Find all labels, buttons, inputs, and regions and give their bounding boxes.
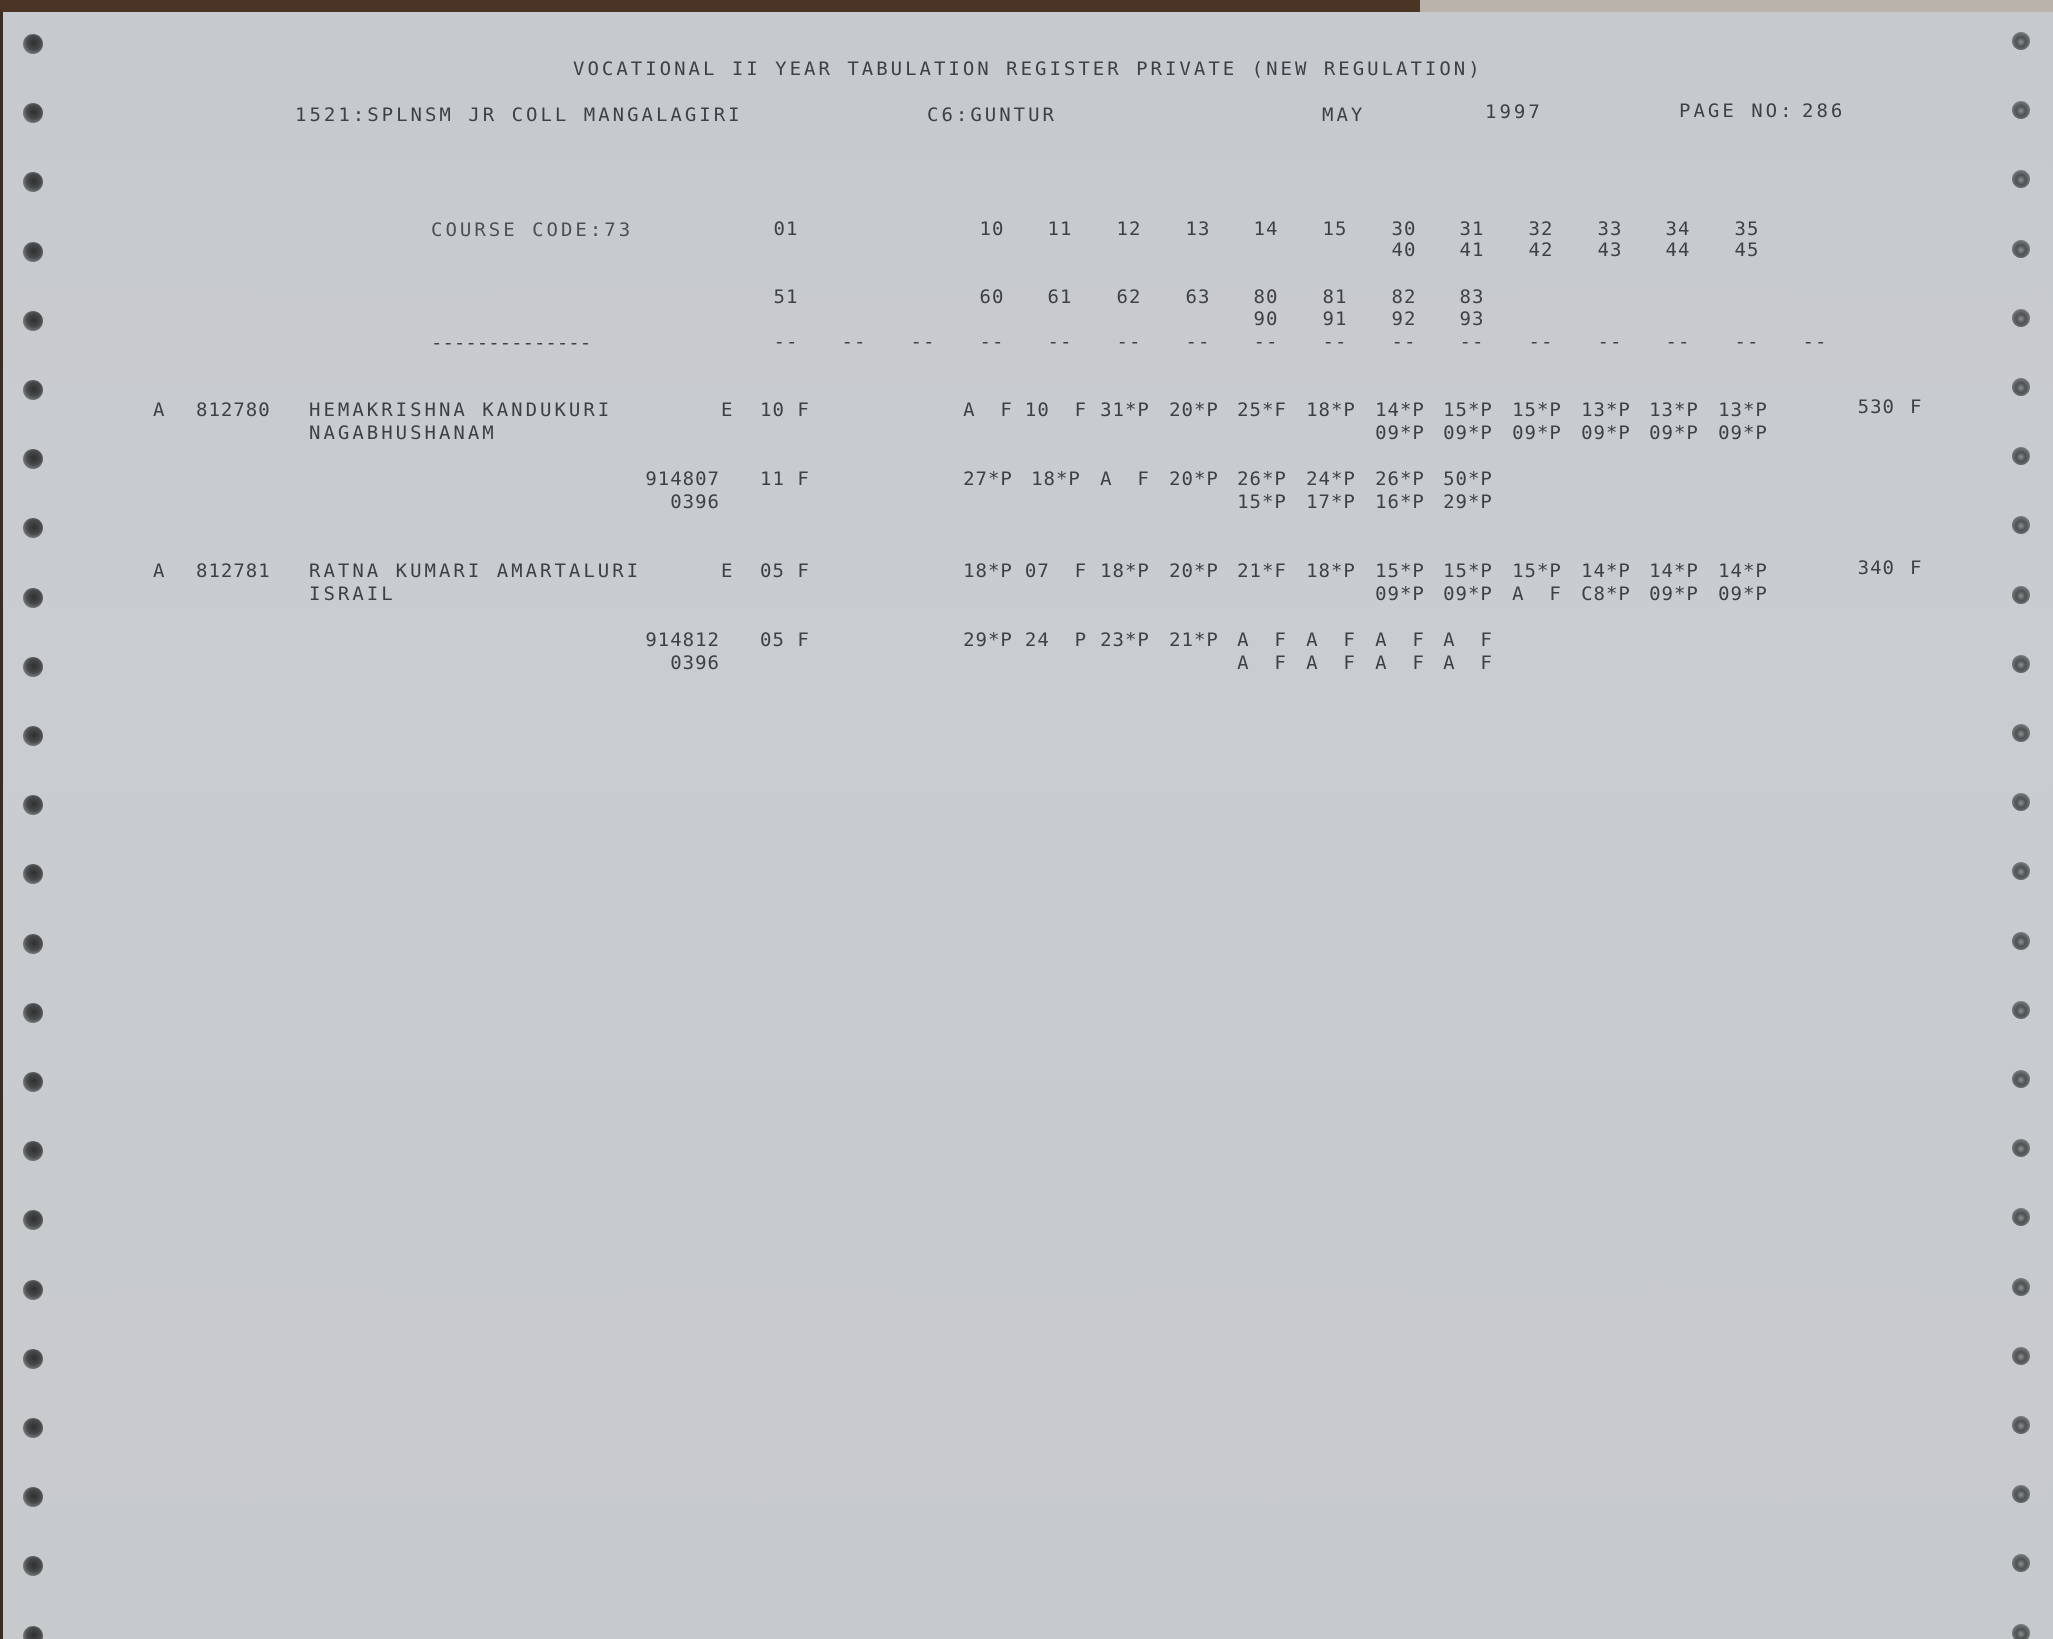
subject-code: 30 — [1369, 218, 1439, 240]
result-code: F — [1910, 396, 1922, 418]
subject-code: 34 — [1643, 218, 1713, 240]
subject-code: 14 — [1231, 218, 1301, 240]
mark-cell: A F — [1291, 629, 1371, 651]
mark-cell: A F — [1428, 652, 1508, 674]
column-separator: -- — [1712, 331, 1782, 353]
mark-cell: 15*P — [1222, 491, 1302, 513]
subject-code: 82 — [1369, 286, 1439, 308]
mark-cell: 10 F — [1016, 399, 1096, 421]
feed-hole-icon — [23, 34, 43, 54]
feed-hole-icon — [23, 1280, 43, 1300]
column-separator: -- — [819, 331, 889, 353]
feed-hole-icon — [2012, 1070, 2030, 1088]
total-marks: 340 — [1695, 557, 1895, 579]
register-title: VOCATIONAL II YEAR TABULATION REGISTER P… — [573, 58, 1483, 80]
hall-ticket-number: 812780 — [196, 399, 271, 421]
feed-hole-icon — [23, 657, 43, 677]
mark-cell: 23*P — [1085, 629, 1165, 651]
feed-hole-icon — [2012, 240, 2030, 258]
feed-hole-icon — [23, 588, 43, 608]
feed-hole-icon — [2012, 309, 2030, 327]
subject-code: 43 — [1575, 239, 1645, 261]
district: C6:GUNTUR — [927, 104, 1057, 126]
feed-hole-icon — [23, 1072, 43, 1092]
subject-code: 11 — [1025, 218, 1095, 240]
mark-cell: A F — [1222, 629, 1302, 651]
subject-code: 60 — [957, 286, 1027, 308]
subject-code: 10 — [957, 218, 1027, 240]
subject-code: 13 — [1163, 218, 1233, 240]
subject-code: 40 — [1369, 239, 1439, 261]
feed-hole-icon — [2012, 1416, 2030, 1434]
column-separator: -- — [1231, 331, 1301, 353]
column-separator: -- — [888, 331, 958, 353]
mark-cell: A F — [1428, 629, 1508, 651]
column-separator: -- — [1094, 331, 1164, 353]
mark-cell: 50*P — [1428, 468, 1508, 490]
subject-code: 51 — [751, 286, 821, 308]
mark-cell: 18*P — [1291, 560, 1371, 582]
subject-code: 93 — [1437, 308, 1507, 330]
college-name: 1521:SPLNSM JR COLL MANGALAGIRI — [295, 104, 743, 126]
subject-code: 45 — [1712, 239, 1782, 261]
feed-hole-icon — [2012, 586, 2030, 604]
student-name: HEMAKRISHNA KANDUKURI — [309, 399, 612, 421]
subject-code: 61 — [1025, 286, 1095, 308]
mark-cell: 18*P — [1085, 560, 1165, 582]
subject-code: 31 — [1437, 218, 1507, 240]
feed-hole-icon — [23, 311, 43, 331]
mark-cell: 09*P — [1703, 583, 1783, 605]
mark-cell: 24*P — [1291, 468, 1371, 490]
mark-cell: 17*P — [1291, 491, 1371, 513]
feed-hole-icon — [2012, 1001, 2030, 1019]
mark-cell: 09*P — [1497, 422, 1577, 444]
student-name: RATNA KUMARI AMARTALURI — [309, 560, 641, 582]
mark-cell: 18*P — [1016, 468, 1096, 490]
feed-hole-icon — [23, 934, 43, 954]
mark-cell: 26*P — [1222, 468, 1302, 490]
subject-01-mark: 10 F — [760, 399, 810, 421]
subject-code: 80 — [1231, 286, 1301, 308]
subject-code: 32 — [1506, 218, 1576, 240]
feed-hole-icon — [2012, 1624, 2030, 1639]
result-code: F — [1910, 557, 1922, 579]
mark-cell: 18*P — [1291, 399, 1371, 421]
previous-exam-code: 0396 — [520, 491, 720, 513]
mark-cell: 29*P — [1428, 491, 1508, 513]
subject-code: 15 — [1300, 218, 1370, 240]
mark-cell: 31*P — [1085, 399, 1165, 421]
page-number-label: PAGE NO: — [1679, 100, 1795, 122]
exam-month: MAY — [1322, 104, 1365, 126]
feed-hole-icon — [23, 1349, 43, 1369]
background-edge — [0, 0, 2053, 12]
parent-name: NAGABHUSHANAM — [309, 422, 497, 444]
feed-hole-icon — [2012, 655, 2030, 673]
subject-code: 35 — [1712, 218, 1782, 240]
feed-hole-icon — [2012, 1347, 2030, 1365]
page-number: 286 — [1802, 100, 1845, 122]
column-separator: -- — [1369, 331, 1439, 353]
mark-cell: 09*P — [1634, 583, 1714, 605]
column-separator: -- — [1437, 331, 1507, 353]
exam-year: 1997 — [1485, 101, 1543, 123]
feed-hole-icon — [23, 242, 43, 262]
course-code: COURSE CODE:73 — [431, 219, 633, 241]
mark-cell: 09*P — [1428, 583, 1508, 605]
status-code: A — [153, 399, 165, 421]
feed-hole-icon — [2012, 1278, 2030, 1296]
subject-code: 83 — [1437, 286, 1507, 308]
subject-code: 63 — [1163, 286, 1233, 308]
column-separator: -- — [1025, 331, 1095, 353]
column-separator: -- — [1780, 331, 1850, 353]
parent-name: ISRAIL — [309, 583, 396, 605]
medium-code: E — [721, 399, 733, 421]
mark-cell: 15*P — [1428, 560, 1508, 582]
feed-hole-icon — [23, 1418, 43, 1438]
previous-subject-01-mark: 05 F — [760, 629, 810, 651]
column-separator: -- — [1163, 331, 1233, 353]
subject-code: 33 — [1575, 218, 1645, 240]
previous-hall-ticket: 914807 — [520, 468, 720, 490]
mark-cell: 15*P — [1428, 399, 1508, 421]
mark-cell: A F — [1085, 468, 1165, 490]
mark-cell: A F — [1497, 583, 1577, 605]
mark-cell: 09*P — [1703, 422, 1783, 444]
hall-ticket-number: 812781 — [196, 560, 271, 582]
subject-code: 12 — [1094, 218, 1164, 240]
mark-cell: 15*P — [1497, 560, 1577, 582]
feed-hole-icon — [23, 726, 43, 746]
separator-line: -------------- — [431, 332, 591, 354]
feed-hole-icon — [2012, 378, 2030, 396]
subject-code: 62 — [1094, 286, 1164, 308]
mark-cell: 15*P — [1497, 399, 1577, 421]
subject-01-mark: 05 F — [760, 560, 810, 582]
feed-hole-icon — [2012, 32, 2030, 50]
column-separator: -- — [957, 331, 1027, 353]
mark-cell: 25*F — [1222, 399, 1302, 421]
feed-hole-icon — [23, 1003, 43, 1023]
feed-hole-icon — [2012, 724, 2030, 742]
mark-cell: 24 P — [1016, 629, 1096, 651]
mark-cell: A F — [1222, 652, 1302, 674]
column-separator: -- — [751, 331, 821, 353]
subject-code: 91 — [1300, 308, 1370, 330]
subject-code: 44 — [1643, 239, 1713, 261]
feed-hole-icon — [2012, 932, 2030, 950]
total-marks: 530 — [1695, 396, 1895, 418]
previous-exam-code: 0396 — [520, 652, 720, 674]
mark-cell: 21*F — [1222, 560, 1302, 582]
subject-code: 81 — [1300, 286, 1370, 308]
subject-code: 92 — [1369, 308, 1439, 330]
column-separator: -- — [1575, 331, 1645, 353]
subject-code: 01 — [751, 218, 821, 240]
previous-subject-01-mark: 11 F — [760, 468, 810, 490]
previous-hall-ticket: 914812 — [520, 629, 720, 651]
column-separator: -- — [1643, 331, 1713, 353]
column-separator: -- — [1300, 331, 1370, 353]
subject-code: 42 — [1506, 239, 1576, 261]
status-code: A — [153, 560, 165, 582]
column-separator: -- — [1506, 331, 1576, 353]
mark-cell: 07 F — [1016, 560, 1096, 582]
subject-code: 41 — [1437, 239, 1507, 261]
subject-code: 90 — [1231, 308, 1301, 330]
mark-cell: 09*P — [1634, 422, 1714, 444]
mark-cell: A F — [1291, 652, 1371, 674]
medium-code: E — [721, 560, 733, 582]
mark-cell: 09*P — [1428, 422, 1508, 444]
feed-hole-icon — [23, 380, 43, 400]
